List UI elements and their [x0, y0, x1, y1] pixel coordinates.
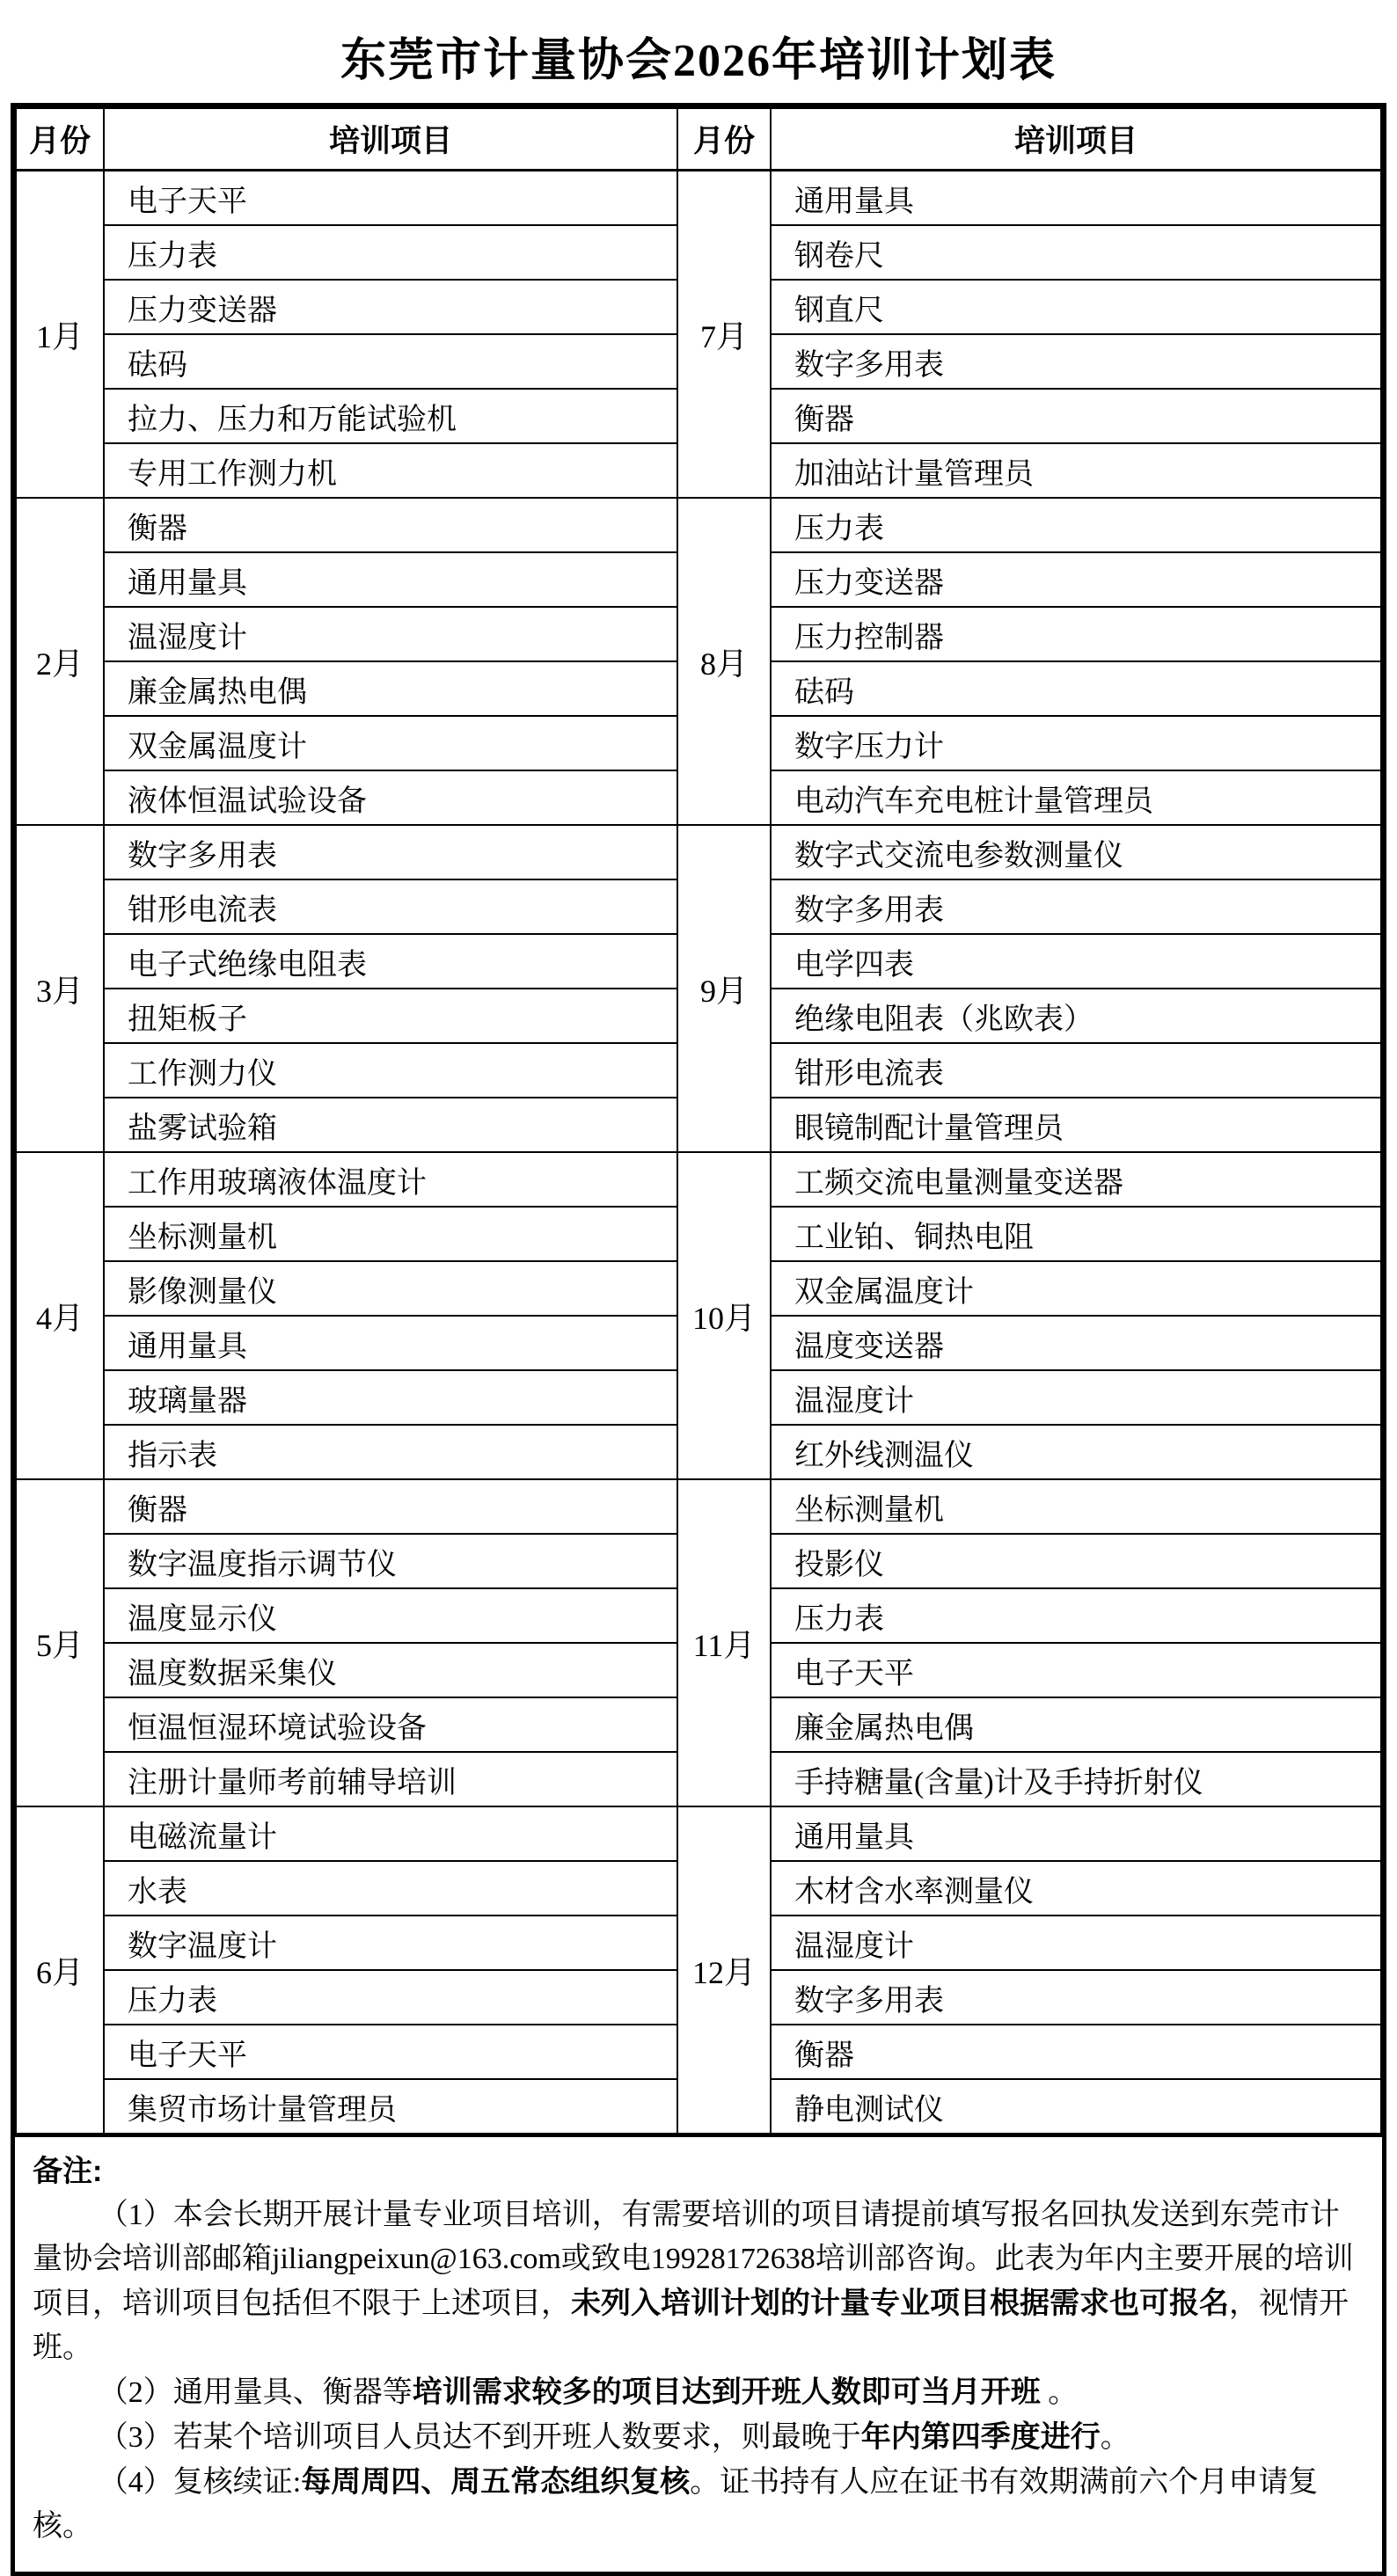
notes-label: 备注:: [33, 2149, 1359, 2193]
training-item-cell: 拉力、压力和万能试验机: [104, 389, 677, 443]
training-item-cell: 电磁流量计: [104, 1806, 677, 1861]
training-item-cell: 数字多用表: [771, 334, 1381, 389]
training-item-cell: 数字温度计: [104, 1916, 677, 1970]
training-item-cell: 双金属温度计: [771, 1261, 1381, 1316]
training-item-cell: 电动汽车充电桩计量管理员: [771, 770, 1381, 825]
training-item-cell: 眼镜制配计量管理员: [771, 1098, 1381, 1152]
training-item-cell: 坐标测量机: [771, 1479, 1381, 1534]
note-text: 。: [1041, 2376, 1079, 2409]
training-item-cell: 木材含水率测量仪: [771, 1861, 1381, 1916]
note-paragraph: （3）若某个培训项目人员达不到开班人数要求，则最晚于年内第四季度进行。: [33, 2415, 1359, 2460]
note-text: （4）复核续证:: [99, 2466, 301, 2499]
month-cell: 7月: [677, 171, 771, 499]
training-item-cell: 工作测力仪: [104, 1043, 677, 1098]
header-row: 月份 培训项目 月份 培训项目: [16, 108, 1381, 171]
training-item-cell: 通用量具: [104, 552, 677, 607]
page-title: 东莞市计量协会2026年培训计划表: [0, 0, 1397, 103]
training-item-cell: 液体恒温试验设备: [104, 770, 677, 825]
training-item-cell: 电子天平: [771, 1643, 1381, 1697]
training-item-cell: 衡器: [771, 389, 1381, 443]
training-item-cell: 盐雾试验箱: [104, 1098, 677, 1152]
training-item-cell: 钢直尺: [771, 280, 1381, 334]
training-item-cell: 衡器: [771, 2025, 1381, 2079]
training-item-cell: 温度数据采集仪: [104, 1643, 677, 1697]
training-item-cell: 数字多用表: [771, 1970, 1381, 2025]
training-item-cell: 钳形电流表: [771, 1043, 1381, 1098]
training-item-cell: 温湿度计: [771, 1370, 1381, 1425]
training-item-cell: 影像测量仪: [104, 1261, 677, 1316]
table-row: 5月衡器11月坐标测量机: [16, 1479, 1381, 1534]
training-item-cell: 投影仪: [771, 1534, 1381, 1588]
month-cell: 9月: [677, 825, 771, 1152]
training-item-cell: 温度显示仪: [104, 1588, 677, 1643]
training-plan-table: 月份 培训项目 月份 培训项目 1月电子天平7月通用量具压力表钢卷尺压力变送器钢…: [15, 107, 1382, 2135]
training-item-cell: 数字压力计: [771, 716, 1381, 770]
training-plan-sheet: 月份 培训项目 月份 培训项目 1月电子天平7月通用量具压力表钢卷尺压力变送器钢…: [11, 103, 1386, 2576]
training-item-cell: 工作用玻璃液体温度计: [104, 1152, 677, 1207]
table-row: 2月衡器8月压力表: [16, 498, 1381, 552]
training-item-cell: 绝缘电阻表（兆欧表）: [771, 989, 1381, 1043]
notes-section: 备注: （1）本会长期开展计量专业项目培训，有需要培训的项目请提前填写报名回执发…: [15, 2135, 1382, 2572]
training-item-cell: 指示表: [104, 1425, 677, 1479]
note-emphasis-text: 每周周四、周五常态组织复核: [301, 2465, 690, 2499]
training-item-cell: 压力表: [104, 1970, 677, 2025]
training-item-cell: 手持糖量(含量)计及手持折射仪: [771, 1752, 1381, 1806]
training-item-cell: 砝码: [104, 334, 677, 389]
training-item-cell: 坐标测量机: [104, 1207, 677, 1261]
training-item-cell: 通用量具: [771, 1806, 1381, 1861]
training-item-cell: 玻璃量器: [104, 1370, 677, 1425]
month-cell: 3月: [16, 825, 104, 1152]
training-item-cell: 温湿度计: [104, 607, 677, 661]
training-item-cell: 压力控制器: [771, 607, 1381, 661]
training-item-cell: 加油站计量管理员: [771, 443, 1381, 498]
training-item-cell: 数字多用表: [771, 879, 1381, 934]
month-cell: 2月: [16, 498, 104, 825]
month-cell: 6月: [16, 1806, 104, 2134]
training-item-cell: 压力表: [771, 1588, 1381, 1643]
training-item-cell: 电子式绝缘电阻表: [104, 934, 677, 989]
training-item-cell: 水表: [104, 1861, 677, 1916]
note-paragraph: （4）复核续证:每周周四、周五常态组织复核。证书持有人应在证书有效期满前六个月申…: [33, 2460, 1359, 2549]
training-item-cell: 廉金属热电偶: [771, 1697, 1381, 1752]
training-item-cell: 集贸市场计量管理员: [104, 2079, 677, 2134]
table-row: 4月工作用玻璃液体温度计10月工频交流电量测量变送器: [16, 1152, 1381, 1207]
training-item-cell: 压力表: [104, 225, 677, 280]
month-cell: 1月: [16, 171, 104, 499]
training-item-cell: 电子天平: [104, 171, 677, 226]
training-item-cell: 衡器: [104, 498, 677, 552]
month-header-left: 月份: [16, 108, 104, 171]
month-header-right: 月份: [677, 108, 771, 171]
note-emphasis-text: 培训需求较多的项目达到开班人数即可当月开班: [413, 2375, 1041, 2409]
training-item-cell: 扭矩板子: [104, 989, 677, 1043]
training-item-cell: 工业铂、铜热电阻: [771, 1207, 1381, 1261]
training-item-cell: 通用量具: [104, 1316, 677, 1370]
training-item-cell: 专用工作测力机: [104, 443, 677, 498]
training-item-cell: 压力变送器: [771, 552, 1381, 607]
month-cell: 4月: [16, 1152, 104, 1479]
note-text: 。: [1101, 2421, 1130, 2454]
training-item-cell: 电学四表: [771, 934, 1381, 989]
month-cell: 10月: [677, 1152, 771, 1479]
month-cell: 12月: [677, 1806, 771, 2134]
training-item-cell: 数字多用表: [104, 825, 677, 879]
training-item-cell: 双金属温度计: [104, 716, 677, 770]
training-item-cell: 数字式交流电参数测量仪: [771, 825, 1381, 879]
training-item-cell: 注册计量师考前辅导培训: [104, 1752, 677, 1806]
training-item-cell: 钳形电流表: [104, 879, 677, 934]
training-item-cell: 恒温恒湿环境试验设备: [104, 1697, 677, 1752]
note-text: （2）通用量具、衡器等: [99, 2376, 413, 2409]
training-item-cell: 压力表: [771, 498, 1381, 552]
note-emphasis-text: 未列入培训计划的计量专业项目根据需求也可报名: [571, 2287, 1229, 2320]
training-item-cell: 温度变送器: [771, 1316, 1381, 1370]
table-row: 6月电磁流量计12月通用量具: [16, 1806, 1381, 1861]
project-header-left: 培训项目: [104, 108, 677, 171]
table-row: 1月电子天平7月通用量具: [16, 171, 1381, 226]
note-emphasis-text: 年内第四季度进行: [861, 2420, 1101, 2454]
training-item-cell: 数字温度指示调节仪: [104, 1534, 677, 1588]
training-item-cell: 衡器: [104, 1479, 677, 1534]
month-cell: 8月: [677, 498, 771, 825]
training-item-cell: 温湿度计: [771, 1916, 1381, 1970]
training-item-cell: 廉金属热电偶: [104, 661, 677, 716]
month-cell: 5月: [16, 1479, 104, 1806]
training-item-cell: 静电测试仪: [771, 2079, 1381, 2134]
project-header-right: 培训项目: [771, 108, 1381, 171]
training-item-cell: 钢卷尺: [771, 225, 1381, 280]
training-item-cell: 工频交流电量测量变送器: [771, 1152, 1381, 1207]
training-item-cell: 通用量具: [771, 171, 1381, 226]
note-paragraph: （1）本会长期开展计量专业项目培训，有需要培训的项目请提前填写报名回执发送到东莞…: [33, 2193, 1359, 2370]
month-cell: 11月: [677, 1479, 771, 1806]
training-item-cell: 电子天平: [104, 2025, 677, 2079]
training-item-cell: 砝码: [771, 661, 1381, 716]
training-item-cell: 红外线测温仪: [771, 1425, 1381, 1479]
table-row: 3月数字多用表9月数字式交流电参数测量仪: [16, 825, 1381, 879]
note-text: （3）若某个培训项目人员达不到开班人数要求，则最晚于: [99, 2421, 861, 2454]
note-paragraph: （2）通用量具、衡器等培训需求较多的项目达到开班人数即可当月开班 。: [33, 2370, 1359, 2415]
training-item-cell: 压力变送器: [104, 280, 677, 334]
